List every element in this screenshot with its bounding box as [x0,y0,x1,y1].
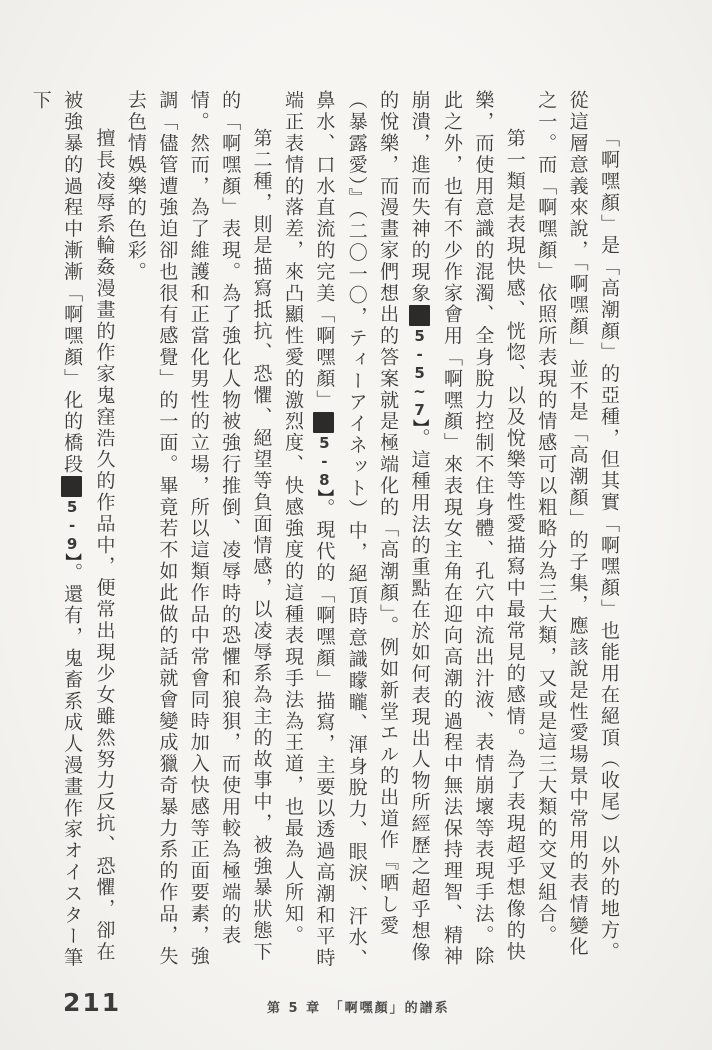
figure-icon: 圖 [61,476,82,497]
figure-reference: 圖5-9】 [61,475,83,562]
text-run: 第二種，則是描寫抵抗、恐懼、絕望等負面情感，以凌辱系為主的故事中，被強暴狀態下的… [125,90,273,967]
figure-number: 5-8 [315,434,333,490]
figure-close-bracket: 】 [63,554,82,563]
body-text: 「啊嘿顏」是「高潮顏」的亞種，但其實「啊嘿顏」也能用在絕頂（收尾）以外的地方。從… [24,90,624,978]
figure-number: 5-9 [63,498,81,554]
book-page: 「啊嘿顏」是「高潮顏」的亞種，但其實「啊嘿顏」也能用在絕頂（收尾）以外的地方。從… [0,0,712,1050]
figure-reference: 圖5-5~7】 [409,304,431,428]
page-number: 211 [63,988,121,1017]
paragraph: 「啊嘿顏」是「高潮顏」的亞種，但其實「啊嘿顏」也能用在絕頂（收尾）以外的地方。從… [530,90,624,978]
figure-number: 5-5~7 [411,327,429,420]
paragraph: 第二種，則是描寫抵抗、恐懼、絕望等負面情感，以凌辱系為主的故事中，被強暴狀態下的… [120,90,277,978]
chapter-footer: 第 5 章 「啊嘿顏」的譜系 [267,997,450,1016]
figure-close-bracket: 】 [411,420,430,429]
paragraph: 第一類是表現快感、恍惚、以及悅樂等性愛描寫中最常見的感情。為了表現超乎想像的快樂… [277,90,530,978]
figure-reference: 圖5-8】 [313,411,335,498]
text-run: 「啊嘿顏」是「高潮顏」的亞種，但其實「啊嘿顏」也能用在絕頂（收尾）以外的地方。從… [535,90,620,963]
figure-icon: 圖 [313,412,334,433]
figure-icon: 圖 [409,305,430,326]
figure-close-bracket: 】 [315,490,334,499]
paragraph: 擅長凌辱系輪姦漫畫的作家鬼窪浩久的作品中，便常出現少女雖然努力反抗、恐懼，卻在被… [24,90,119,978]
